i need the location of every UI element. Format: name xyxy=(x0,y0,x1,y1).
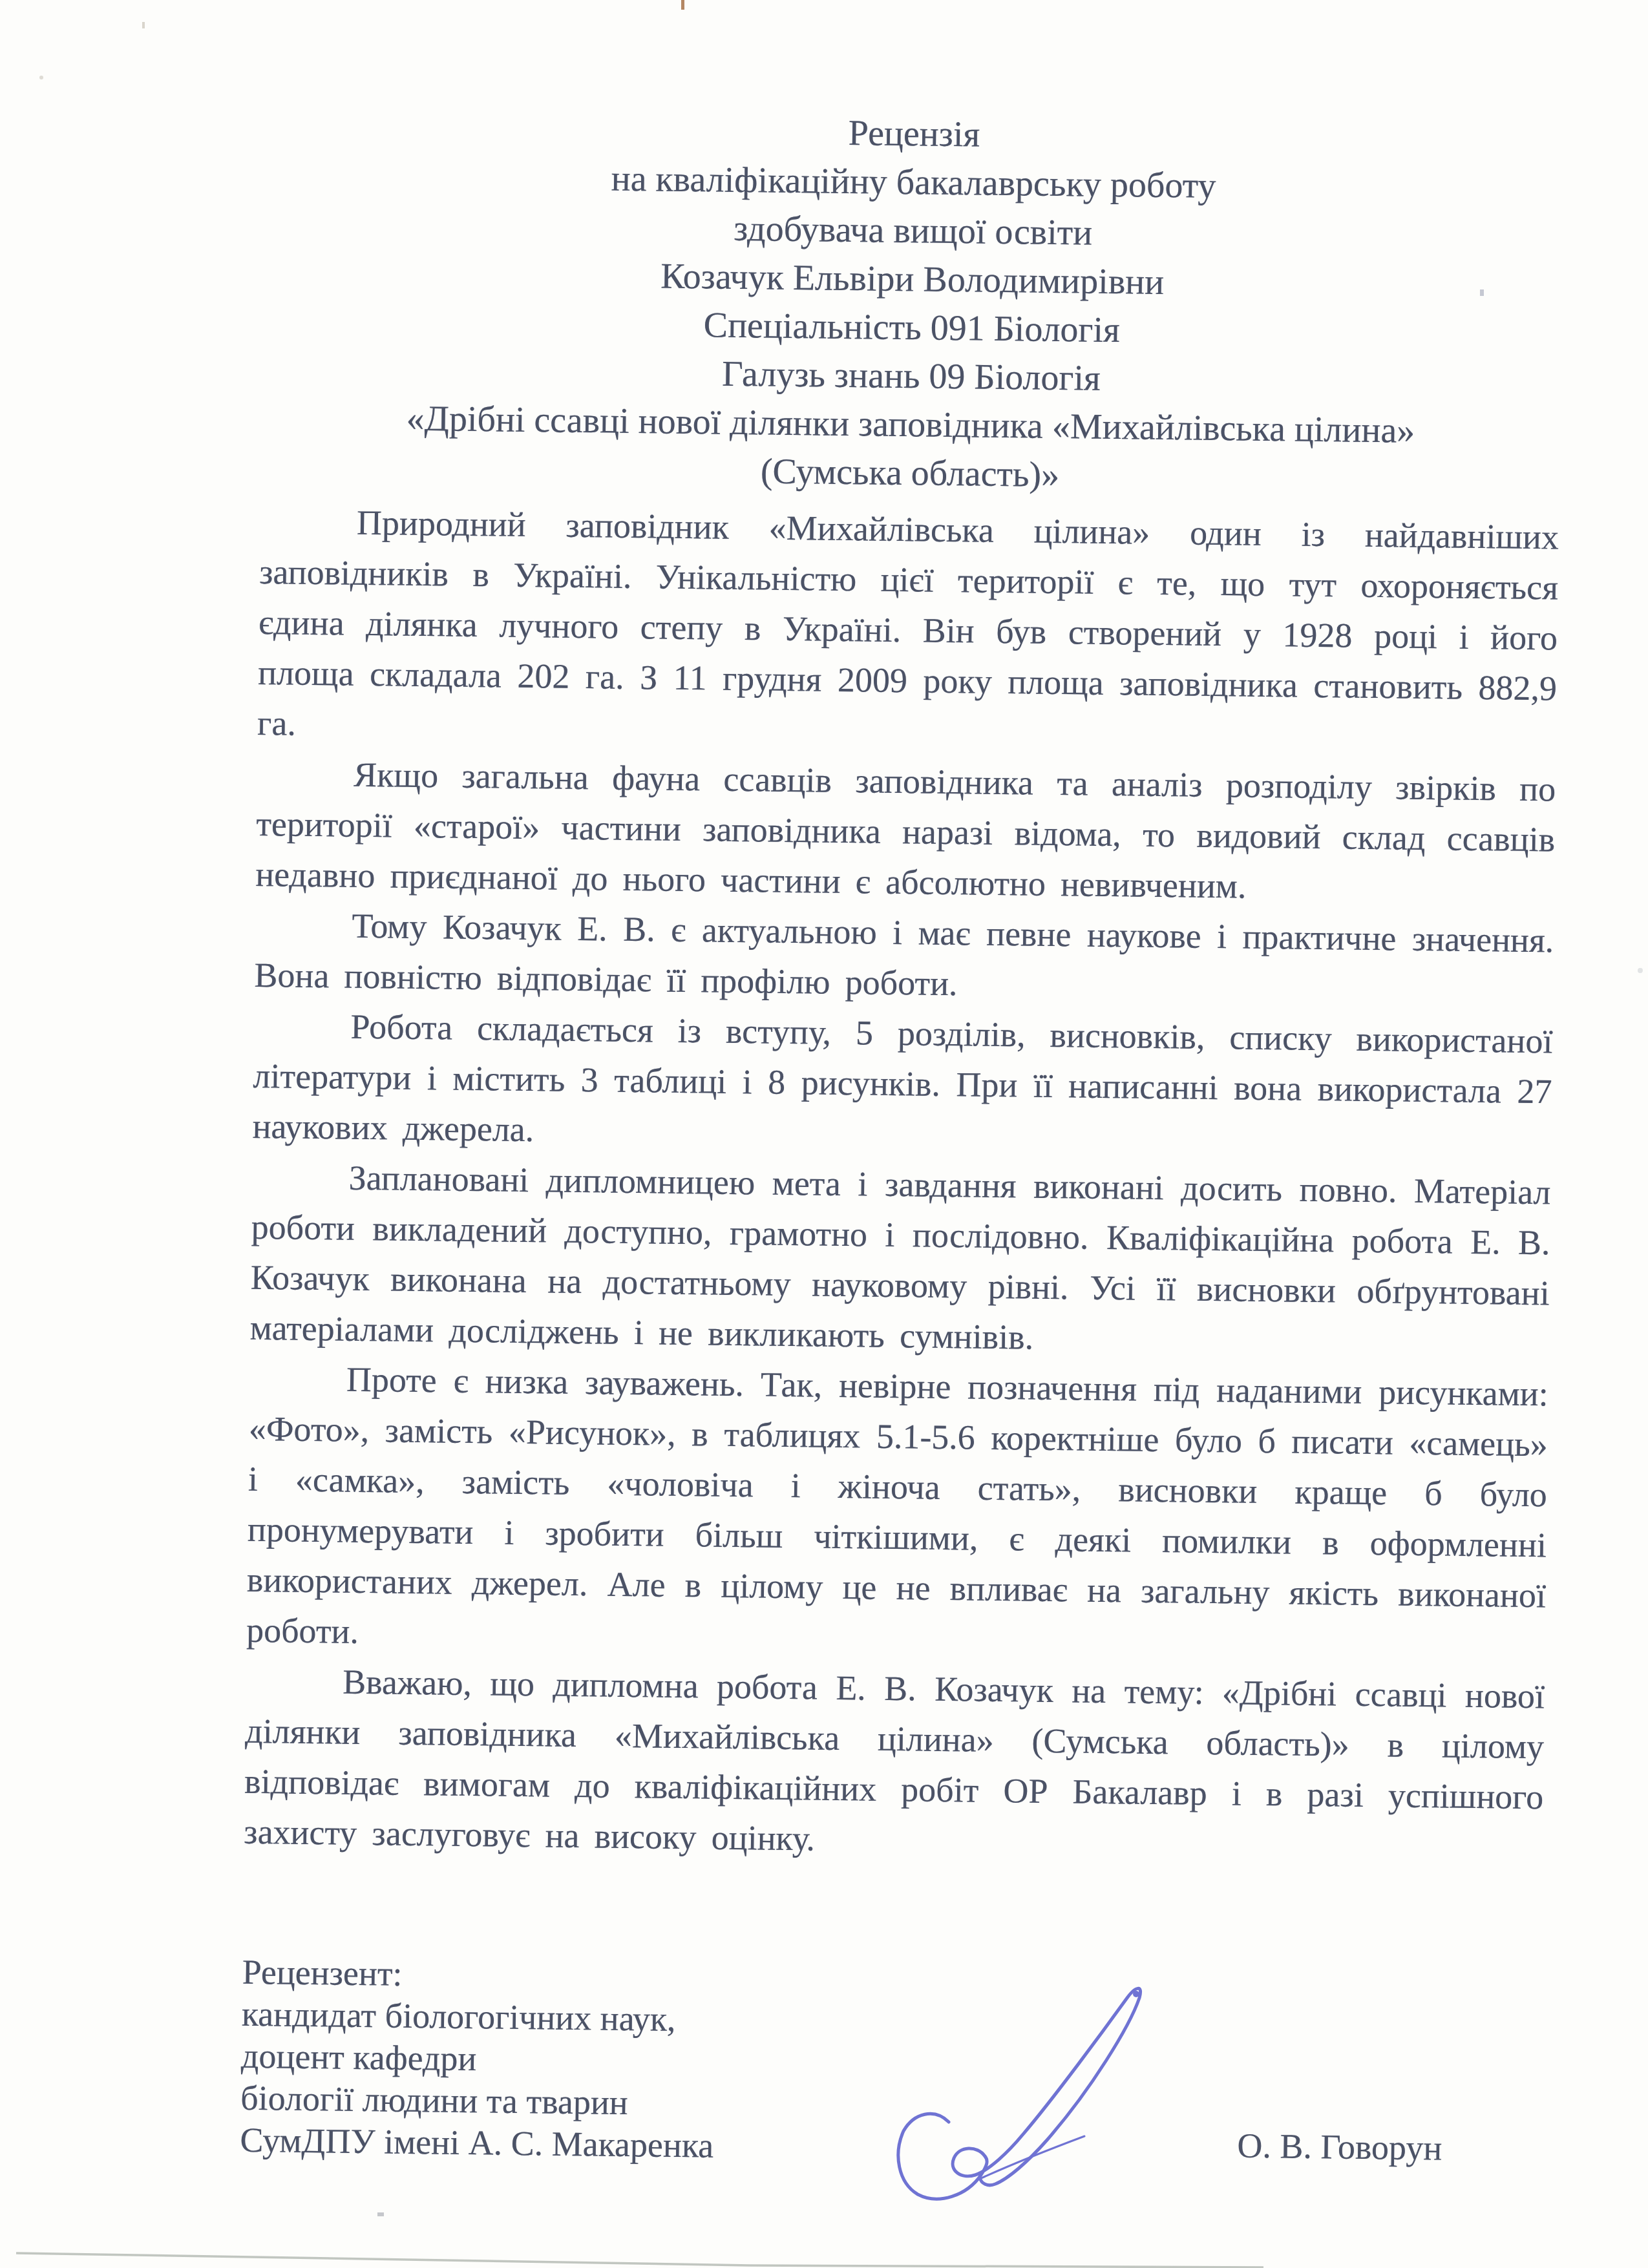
reviewer-name: О. В. Говорун xyxy=(1237,2126,1442,2168)
scanned-review-page: Рецензія на кваліфікаційну бакалаврську … xyxy=(0,0,1648,2268)
review-body: Природний заповідник «Михайлівська цілин… xyxy=(244,496,1559,1873)
reviewer-label: Рецензент: xyxy=(242,1951,716,1999)
scan-edge-line xyxy=(16,2253,1263,2267)
paragraph: Тому Козачук Е. В. є актуальною і має пе… xyxy=(254,899,1554,1016)
scan-speck xyxy=(1638,968,1643,973)
paragraph: Проте є низка зауважень. Так, невірне по… xyxy=(246,1353,1549,1672)
reviewer-university-line: СумДПУ імені А. С. Макаренка xyxy=(240,2119,714,2167)
review-title: Рецензія на кваліфікаційну бакалаврську … xyxy=(260,102,1564,506)
document-content: Рецензія на кваліфікаційну бакалаврську … xyxy=(239,102,1564,2250)
scan-speck xyxy=(142,22,145,28)
reviewer-position-line: доцент кафедри xyxy=(241,2035,715,2083)
paragraph: Заплановані дипломницею мета і завдання … xyxy=(249,1151,1551,1369)
paragraph: Вважаю, що дипломна робота Е. В. Козачук… xyxy=(244,1655,1545,1873)
paragraph: Якщо загальна фауна ссавців заповідника … xyxy=(255,748,1556,916)
reviewer-block: Рецензент: кандидат біологогічних наук, … xyxy=(240,1951,716,2167)
reviewer-department-line: біології людини та тварин xyxy=(240,2077,715,2125)
scan-speck xyxy=(681,0,684,10)
paragraph: Природний заповідник «Михайлівська цілин… xyxy=(257,496,1559,764)
reviewer-degree-line: кандидат біологогічних наук, xyxy=(241,1993,715,2041)
scan-speck xyxy=(39,76,43,79)
paragraph: Робота складається із вступу, 5 розділів… xyxy=(252,1000,1553,1168)
